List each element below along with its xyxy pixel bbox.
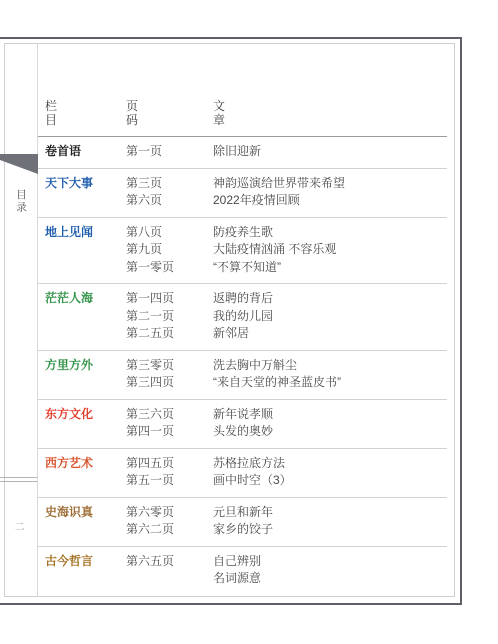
- column-header-article: 文 章: [213, 100, 447, 127]
- toc-row: 方里方外第三零页洗去胸中万斛尘: [38, 357, 447, 375]
- toc-row: 第二五页新邻居: [38, 325, 447, 343]
- page-number: 第二五页: [126, 325, 213, 343]
- section-title: 方里方外: [38, 357, 126, 375]
- toc-row: 第六二页家乡的饺子: [38, 521, 447, 539]
- section-title: [38, 374, 126, 392]
- toc-section: 天下大事第三页神韵巡演给世界带来希望第六页2022年疫情回顾: [38, 169, 447, 218]
- section-title: [38, 521, 126, 539]
- section-title: 古今哲言: [38, 553, 126, 571]
- section-title: [38, 472, 126, 490]
- article-title: “不算不知道”: [213, 259, 447, 277]
- article-title: 头发的奥妙: [213, 423, 447, 441]
- toc-row: 史海识真第六零页元旦和新年: [38, 504, 447, 522]
- page-number: 第六零页: [126, 504, 213, 522]
- spine-double-rule: [0, 477, 37, 482]
- toc-section: 地上见闻第八页防疫养生歌第九页大陆疫情汹涌 不容乐观第一零页“不算不知道”: [38, 218, 447, 285]
- section-title: 史海识真: [38, 504, 126, 522]
- article-title: 自己辨别: [213, 553, 447, 571]
- toc-section: 史海识真第六零页元旦和新年第六二页家乡的饺子: [38, 498, 447, 547]
- article-title: 我的幼儿园: [213, 308, 447, 326]
- article-title: 2022年疫情回顾: [213, 192, 447, 210]
- page-number: 第五一页: [126, 472, 213, 490]
- toc-header-row: 栏 目 页 码 文 章: [38, 43, 447, 137]
- article-title: 新年说孝顺: [213, 406, 447, 424]
- article-title: 除旧迎新: [213, 143, 447, 161]
- toc-row: 西方艺术第四五页苏格拉底方法: [38, 455, 447, 473]
- toc-row: 第一零页“不算不知道”: [38, 259, 447, 277]
- column-header-section: 栏 目: [38, 100, 126, 127]
- section-title: 天下大事: [38, 175, 126, 193]
- toc-row: 东方文化第三六页新年说孝顺: [38, 406, 447, 424]
- page-number: 第九页: [126, 241, 213, 259]
- page-number: 第四五页: [126, 455, 213, 473]
- article-title: 洗去胸中万斛尘: [213, 357, 447, 375]
- page-number: 第六二页: [126, 521, 213, 539]
- toc-table: 栏 目 页 码 文 章 卷首语第一页除旧迎新天下大事第三页神韵巡演给世界带来希望…: [38, 43, 447, 595]
- page-number: 第三六页: [126, 406, 213, 424]
- section-title: 东方文化: [38, 406, 126, 424]
- section-title: [38, 192, 126, 210]
- spine-page-number: 二: [15, 519, 25, 533]
- toc-row: 地上见闻第八页防疫养生歌: [38, 224, 447, 242]
- toc-row: 第九页大陆疫情汹涌 不容乐观: [38, 241, 447, 259]
- toc-section: 卷首语第一页除旧迎新: [38, 137, 447, 169]
- section-title: 地上见闻: [38, 224, 126, 242]
- toc-row: 天下大事第三页神韵巡演给世界带来希望: [38, 175, 447, 193]
- page-number: [126, 570, 213, 588]
- toc-sections: 卷首语第一页除旧迎新天下大事第三页神韵巡演给世界带来希望第六页2022年疫情回顾…: [38, 137, 447, 595]
- toc-row: 古今哲言第六五页自己辨别: [38, 553, 447, 571]
- section-title: 卷首语: [38, 143, 126, 161]
- page-number: 第六页: [126, 192, 213, 210]
- article-title: 画中时空（3）: [213, 472, 447, 490]
- article-title: 神韵巡演给世界带来希望: [213, 175, 447, 193]
- section-title: [38, 325, 126, 343]
- toc-section: 东方文化第三六页新年说孝顺第四一页头发的奥妙: [38, 400, 447, 449]
- section-title: [38, 241, 126, 259]
- page-number: 第一零页: [126, 259, 213, 277]
- article-title: “来自天堂的神圣蓝皮书”: [213, 374, 447, 392]
- article-title: 家乡的饺子: [213, 521, 447, 539]
- toc-section: 茫茫人海第一四页返聘的背后第二一页我的幼儿园第二五页新邻居: [38, 284, 447, 351]
- page-number: 第一四页: [126, 290, 213, 308]
- article-title: 元旦和新年: [213, 504, 447, 522]
- toc-row: 卷首语第一页除旧迎新: [38, 143, 447, 161]
- section-title: [38, 570, 126, 588]
- article-title: 大陆疫情汹涌 不容乐观: [213, 241, 447, 259]
- toc-row: 第三四页“来自天堂的神圣蓝皮书”: [38, 374, 447, 392]
- page-number: 第二一页: [126, 308, 213, 326]
- section-title: 西方艺术: [38, 455, 126, 473]
- page-number: 第一页: [126, 143, 213, 161]
- section-title: 茫茫人海: [38, 290, 126, 308]
- page-number: 第三零页: [126, 357, 213, 375]
- toc-row: 第二一页我的幼儿园: [38, 308, 447, 326]
- column-header-page: 页 码: [126, 100, 213, 127]
- section-title: [38, 308, 126, 326]
- article-title: 新邻居: [213, 325, 447, 343]
- article-title: 防疫养生歌: [213, 224, 447, 242]
- toc-row: 茫茫人海第一四页返聘的背后: [38, 290, 447, 308]
- section-title: [38, 423, 126, 441]
- page-number: 第三四页: [126, 374, 213, 392]
- toc-row: 第六页2022年疫情回顾: [38, 192, 447, 210]
- toc-row: 名词源意: [38, 570, 447, 588]
- spine-toc-label: 目录: [14, 189, 29, 214]
- toc-row: 第四一页头发的奥妙: [38, 423, 447, 441]
- article-title: 苏格拉底方法: [213, 455, 447, 473]
- page-number: 第四一页: [126, 423, 213, 441]
- section-title: [38, 259, 126, 277]
- article-title: 返聘的背后: [213, 290, 447, 308]
- toc-row: 第五一页画中时空（3）: [38, 472, 447, 490]
- toc-section: 西方艺术第四五页苏格拉底方法第五一页画中时空（3）: [38, 449, 447, 498]
- page-number: 第三页: [126, 175, 213, 193]
- page-number: 第八页: [126, 224, 213, 242]
- article-title: 名词源意: [213, 570, 447, 588]
- page-number: 第六五页: [126, 553, 213, 571]
- toc-section: 古今哲言第六五页自己辨别名词源意: [38, 547, 447, 595]
- toc-section: 方里方外第三零页洗去胸中万斛尘第三四页“来自天堂的神圣蓝皮书”: [38, 351, 447, 400]
